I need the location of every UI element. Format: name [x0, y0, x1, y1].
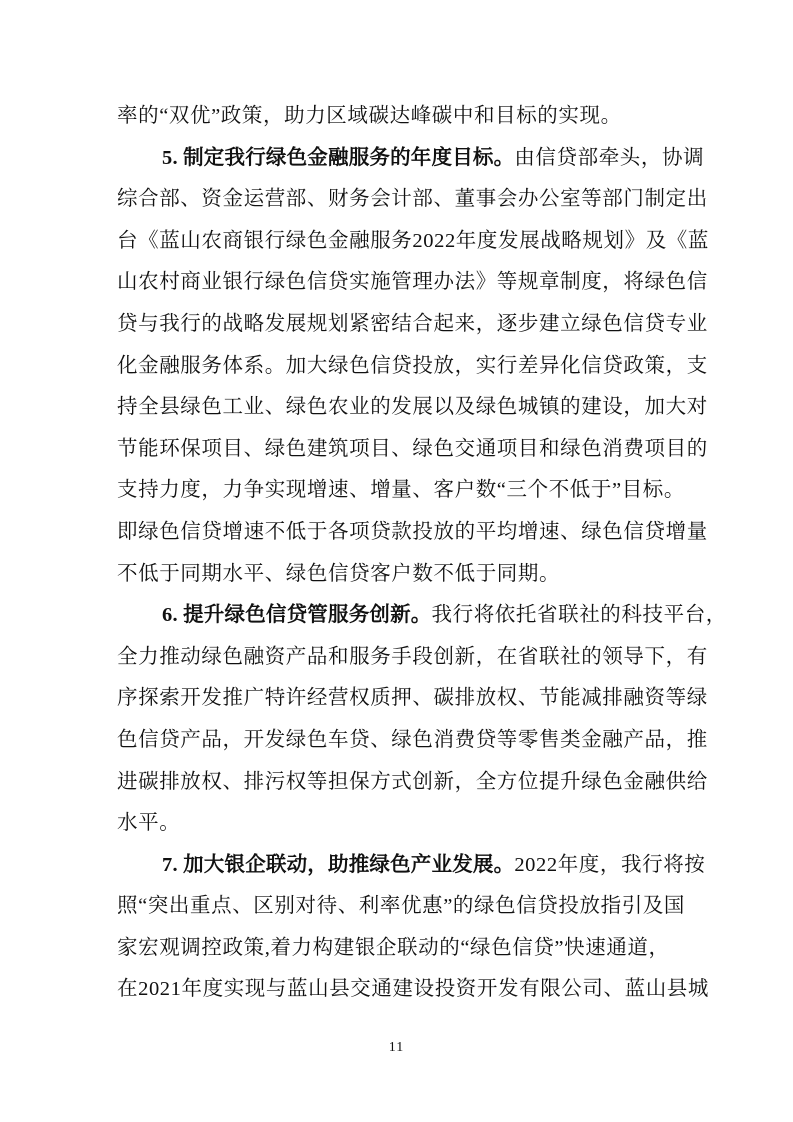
body-segment: 家宏观调控政策,着力构建银企联动的“绿色信贷”快速通道， [117, 937, 670, 959]
text-line: 不低于同期水平、绿色信贷客户数不低于同期。 [117, 554, 689, 596]
text-line: 即绿色信贷增速不低于各项贷款投放的平均增速、绿色信贷增量 [117, 512, 689, 554]
text-line: 支持力度，力争实现增速、增量、客户数“三个不低于”目标。 [117, 470, 689, 512]
body-segment: 水平。 [117, 812, 180, 834]
heading-segment: 7. 加大银企联动，助推绿色产业发展。 [162, 854, 514, 876]
body-segment: 2022年度，我行将按 [514, 854, 705, 876]
text-line: 色信贷产品，开发绿色车贷、绿色消费贷等零售类金融产品，推 [117, 720, 689, 762]
body-segment: 不低于同期水平、绿色信贷客户数不低于同期。 [117, 563, 560, 585]
text-line: 综合部、资金运营部、财务会计部、董事会办公室等部门制定出 [117, 179, 689, 221]
body-segment: 支持力度，力争实现增速、增量、客户数“三个不低于”目标。 [117, 479, 685, 501]
heading-segment: 5. 制定我行绿色金融服务的年度目标。 [162, 147, 514, 169]
page-footer: 11 [0, 1038, 793, 1056]
text-line: 贷与我行的战略发展规划紧密结合起来，逐步建立绿色信贷专业 [117, 304, 689, 346]
text-line: 化金融服务体系。加大绿色信贷投放，实行差异化信贷政策，支 [117, 346, 689, 388]
heading-segment: 6. 提升绿色信贷管服务创新。 [162, 604, 432, 626]
text-line: 7. 加大银企联动，助推绿色产业发展。2022年度，我行将按 [117, 845, 689, 887]
text-line: 照“突出重点、区别对待、利率优惠”的绿色信贷投放指引及国 [117, 886, 689, 928]
text-line: 序探索开发推广特许经营权质押、碳排放权、节能减排融资等绿 [117, 678, 689, 720]
text-line: 家宏观调控政策,着力构建银企联动的“绿色信贷”快速通道， [117, 928, 689, 970]
body-segment: 进碳排放权、排污权等担保方式创新，全方位提升绿色金融供给 [117, 771, 708, 793]
document-lines: 率的“双优”政策，助力区域碳达峰碳中和目标的实现。5. 制定我行绿色金融服务的年… [117, 96, 689, 1011]
body-segment: 由信贷部牵头，协调 [514, 147, 704, 169]
body-segment: 持全县绿色工业、绿色农业的发展以及绿色城镇的建设，加大对 [117, 396, 708, 418]
page-number: 11 [389, 1040, 404, 1055]
document-page: 率的“双优”政策，助力区域碳达峰碳中和目标的实现。5. 制定我行绿色金融服务的年… [0, 0, 793, 1122]
body-segment: 综合部、资金运营部、财务会计部、董事会办公室等部门制定出 [117, 188, 708, 210]
body-segment: 山农村商业银行绿色信贷实施管理办法》等规章制度，将绿色信 [117, 271, 708, 293]
body-segment: 全力推动绿色融资产品和服务手段创新，在省联社的领导下，有 [117, 646, 708, 668]
text-line: 节能环保项目、绿色建筑项目、绿色交通项目和绿色消费项目的 [117, 429, 689, 471]
text-line: 山农村商业银行绿色信贷实施管理办法》等规章制度，将绿色信 [117, 262, 689, 304]
body-segment: 照“突出重点、区别对待、利率优惠”的绿色信贷投放指引及国 [117, 895, 685, 917]
body-segment: 台《蓝山农商银行绿色金融服务2022年度发展战略规划》及《蓝 [117, 230, 709, 252]
text-line: 全力推动绿色融资产品和服务手段创新，在省联社的领导下，有 [117, 637, 689, 679]
text-line: 在2021年度实现与蓝山县交通建设投资开发有限公司、蓝山县城 [117, 969, 689, 1011]
body-segment: 化金融服务体系。加大绿色信贷投放，实行差异化信贷政策，支 [117, 355, 708, 377]
text-line: 水平。 [117, 803, 689, 845]
body-segment: 节能环保项目、绿色建筑项目、绿色交通项目和绿色消费项目的 [117, 438, 708, 460]
text-line: 6. 提升绿色信贷管服务创新。我行将依托省联社的科技平台， [117, 595, 689, 637]
text-line: 进碳排放权、排污权等担保方式创新，全方位提升绿色金融供给 [117, 762, 689, 804]
body-segment: 色信贷产品，开发绿色车贷、绿色消费贷等零售类金融产品，推 [117, 729, 708, 751]
text-line: 率的“双优”政策，助力区域碳达峰碳中和目标的实现。 [117, 96, 689, 138]
body-segment: 即绿色信贷增速不低于各项贷款投放的平均增速、绿色信贷增量 [117, 521, 708, 543]
text-line: 持全县绿色工业、绿色农业的发展以及绿色城镇的建设，加大对 [117, 387, 689, 429]
body-segment: 在2021年度实现与蓝山县交通建设投资开发有限公司、蓝山县城 [117, 978, 709, 1000]
body-segment: 率的“双优”政策，助力区域碳达峰碳中和目标的实现。 [117, 105, 622, 127]
body-segment: 我行将依托省联社的科技平台， [432, 604, 727, 626]
text-line: 台《蓝山农商银行绿色金融服务2022年度发展战略规划》及《蓝 [117, 221, 689, 263]
body-segment: 序探索开发推广特许经营权质押、碳排放权、节能减排融资等绿 [117, 687, 708, 709]
text-line: 5. 制定我行绿色金融服务的年度目标。由信贷部牵头，协调 [117, 138, 689, 180]
body-segment: 贷与我行的战略发展规划紧密结合起来，逐步建立绿色信贷专业 [117, 313, 708, 335]
